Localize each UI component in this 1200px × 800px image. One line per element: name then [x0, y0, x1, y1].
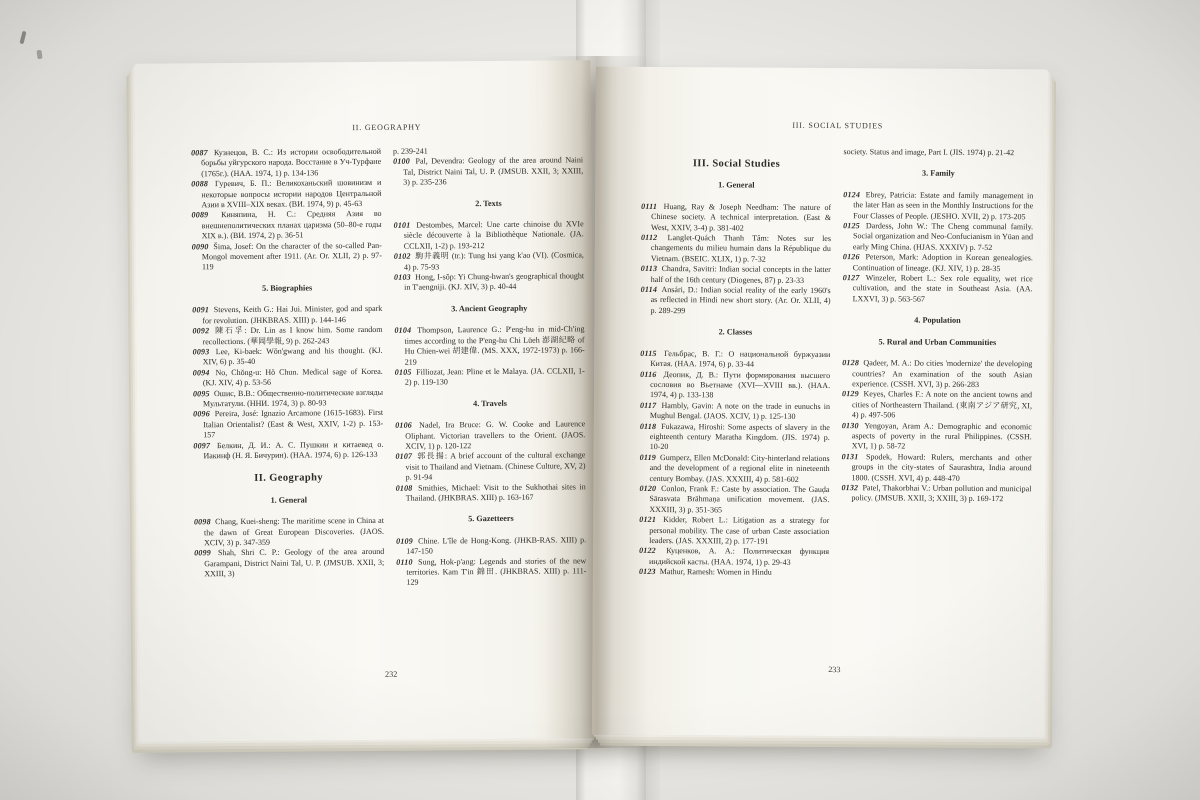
bibliography-entry: 0117 Hambly, Gavin: A note on the trade …	[640, 401, 830, 423]
entry-number: 0108	[396, 483, 415, 492]
entry-number: 0126	[843, 252, 862, 261]
entry-number: 0124	[843, 190, 862, 199]
bibliography-entry: 0097 Белкин, Д. И.: А. С. Пушкин и китае…	[193, 439, 383, 461]
entry-number: 0100	[393, 157, 412, 166]
bibliography-entry: 0093 Lee, Ki-baek: Wŏn'gwang and his tho…	[193, 346, 383, 368]
text-block: III. Social Studies1. General0111 Huang,…	[638, 146, 1033, 664]
section-heading: 2. Texts	[393, 198, 583, 210]
entry-number: 0121	[639, 515, 658, 524]
section-heading: II. Geography	[194, 473, 384, 485]
entry-number: 0095	[193, 389, 212, 398]
entry-number: 0097	[193, 441, 212, 450]
text-column: III. Social Studies1. General0111 Huang,…	[638, 146, 831, 663]
entry-number: 0093	[193, 347, 212, 356]
bibliography-entry: 0115 Гельбрас, В. Г.: О национальной бур…	[640, 349, 830, 371]
bibliography-entry: 0123 Mathur, Ramesh: Women in Hindu	[639, 567, 829, 579]
bibliography-entry: 0098 Chang, Kuei-sheng: The maritime sce…	[194, 516, 384, 549]
bibliography-entry: 0119 Gumperz, Ellen McDonald: City-hinte…	[639, 453, 829, 485]
bibliography-entry: 0125 Dardess, John W.: The Cheng communa…	[843, 221, 1033, 253]
entry-number: 0092	[192, 326, 211, 335]
section-heading: 5. Gazetteers	[396, 514, 586, 526]
entry-number: 0122	[639, 546, 658, 555]
entry-number: 0096	[193, 410, 212, 419]
bibliography-entry: 0118 Fukazawa, Hiroshi: Some aspects of …	[640, 421, 830, 453]
bibliography-entry: 0095 Ошис, В.В.: Общественно-политически…	[193, 387, 383, 409]
bibliography-entry: 0088 Гуревич, Б. П.: Великоханьский шови…	[191, 178, 381, 211]
bibliography-entry: 0120 Conlon, Frank F.: Caste by associat…	[639, 484, 829, 516]
entry-number: 0112	[641, 233, 659, 242]
bibliography-entry: 0090 Šima, Josef: On the character of th…	[192, 241, 382, 274]
bibliography-entry: 0121 Kidder, Robert L.: Litigation as a …	[639, 515, 829, 547]
section-heading: 3. Family	[843, 169, 1033, 181]
page-number: 232	[195, 668, 587, 680]
entry-number: 0103	[394, 273, 413, 282]
bibliography-entry: 0102 駒井義明 (tr.): Tung hsi yang k'ao (VI)…	[394, 251, 584, 273]
entry-number: 0101	[394, 221, 413, 230]
entry-number: 0110	[396, 557, 414, 566]
entry-number: 0125	[843, 221, 862, 230]
bibliography-entry: 0113 Chandra, Savitri: Indian social con…	[641, 264, 831, 286]
section-heading: 1. General	[641, 180, 831, 192]
entry-number: 0119	[640, 453, 658, 462]
bibliography-entry: 0101 Destombes, Marcel: Une carte chinoi…	[394, 219, 584, 252]
entry-number: 0102	[394, 252, 413, 261]
running-header: II. GEOGRAPHY	[191, 121, 583, 133]
bibliography-entry: 0104 Thompson, Laurence G.: P'eng-hu in …	[394, 325, 584, 368]
bibliography-entry: 0089 Киняпина, Н. С.: Средняя Азия во вн…	[192, 209, 382, 242]
entry-number: 0113	[641, 264, 659, 273]
bibliography-entry: 0112 Langlet-Quách Thanh Tâm: Notes sur …	[641, 233, 831, 265]
section-heading: 4. Travels	[395, 398, 585, 410]
bibliography-entry: 0092 陳石孚: Dr. Lin as I know him. Some ra…	[192, 325, 382, 347]
bibliography-entry: 0108 Smithies, Michael: Visit to the Suk…	[396, 482, 586, 504]
text-column: 0087 Кузнецов, В. С.: Из истории освобод…	[191, 147, 385, 664]
entry-number: 0109	[396, 536, 415, 545]
bibliography-entry: 0105 Filliozat, Jean: Pline et le Malaya…	[395, 366, 585, 388]
bibliography-entry: 0111 Huang, Ray & Joseph Needham: The na…	[641, 202, 831, 234]
entry-number: 0088	[191, 179, 210, 188]
entry-number: 0130	[842, 421, 861, 430]
entry-number: 0111	[641, 202, 659, 211]
bibliography-entry: 0096 Pereira, José: Ignazio Arcamone (16…	[193, 408, 383, 441]
page-number: 233	[638, 664, 1030, 675]
section-heading: 3. Ancient Geography	[394, 303, 584, 315]
entry-number: 0128	[842, 358, 861, 367]
entry-number: 0098	[194, 517, 213, 526]
entry-number: 0087	[191, 148, 210, 157]
entry-number: 0116	[640, 369, 658, 378]
entry-continuation: society. Status and image, Part I. (JIS.…	[843, 147, 1033, 159]
bibliography-entry: 0127 Winzeler, Robert L.: Sex role equal…	[843, 273, 1033, 305]
bibliography-entry: 0124 Ebrey, Patricia: Estate and family …	[843, 190, 1033, 222]
running-header: III. SOCIAL STUDIES	[642, 120, 1034, 131]
entry-number: 0132	[841, 483, 860, 492]
entry-number: 0120	[639, 484, 658, 493]
bibliography-entry: 0129 Keyes, Charles F.: A note on the an…	[842, 389, 1032, 421]
entry-number: 0105	[395, 368, 414, 377]
bibliography-entry: 0106 Nadel, Ira Bruce: G. W. Cooke and L…	[395, 419, 585, 452]
bibliography-entry: 0122 Куценков, А. А.: Политическая функц…	[639, 546, 829, 568]
section-heading: 1. General	[194, 495, 384, 507]
entry-number: 0129	[842, 389, 861, 398]
bibliography-entry: 0110 Sung, Hok-p'ang: Legends and storie…	[396, 556, 586, 589]
section-heading: 4. Population	[842, 315, 1032, 327]
bibliography-entry: 0103 Hong, I-sŏp: Yi Chung-hwan's geogra…	[394, 271, 584, 293]
bibliography-entry: 0126 Peterson, Mark: Adoption in Korean …	[843, 252, 1033, 274]
background-speck	[36, 50, 42, 60]
bibliography-entry: 0099 Shah, Shri C. P.: Geology of the ar…	[194, 547, 384, 580]
text-column: p. 239-2410100 Pal, Devendra: Geology of…	[393, 145, 587, 662]
entry-number: 0123	[639, 567, 658, 576]
bibliography-entry: 0091 Stevens, Keith G.: Hai Jui. Ministe…	[192, 304, 382, 326]
background-speck	[19, 31, 26, 45]
bibliography-entry: 0128 Qadeer, M. A.: Do cities 'modernize…	[842, 358, 1032, 390]
bibliography-entry: 0107 郭長揚: A brief account of the cultura…	[395, 451, 585, 484]
bibliography-entry: 0109 Chine. L'île de Hong-Kong. (JHKB-RA…	[396, 535, 586, 557]
left-page: II. GEOGRAPHY 0087 Кузнецов, В. С.: Из и…	[134, 60, 595, 742]
bibliography-entry: 0100 Pal, Devendra: Geology of the area …	[393, 156, 583, 189]
bibliography-entry: 0087 Кузнецов, В. С.: Из истории освобод…	[191, 147, 381, 180]
entry-number: 0118	[640, 421, 658, 430]
entry-number: 0131	[842, 452, 861, 461]
bibliography-entry: 0132 Patel, Thakorbhai V.: Urban polluti…	[841, 483, 1031, 505]
bibliography-entry: 0131 Spodek, Howard: Rulers, merchants a…	[842, 452, 1032, 484]
entry-number: 0115	[640, 349, 658, 358]
entry-number: 0106	[395, 421, 414, 430]
section-heading: III. Social Studies	[641, 159, 831, 171]
entry-number: 0107	[395, 452, 414, 461]
bibliography-entry: 0114 Ansári, D.: Indian social reality o…	[641, 285, 831, 317]
text-block: 0087 Кузнецов, В. С.: Из истории освобод…	[191, 145, 587, 664]
entry-number: 0104	[394, 326, 413, 335]
bibliography-entry: 0094 No, Chŏng-u: Hŏ Chun. Medical sage …	[193, 367, 383, 389]
section-heading: 2. Classes	[640, 327, 830, 339]
section-heading: 5. Rural and Urban Communities	[842, 337, 1032, 349]
entry-number: 0117	[640, 401, 658, 410]
bibliography-entry: 0130 Yengoyan, Aram A.: Demographic and …	[842, 421, 1032, 453]
entry-number: 0127	[843, 273, 862, 282]
entry-number: 0099	[194, 549, 213, 558]
entry-number: 0090	[192, 242, 211, 251]
entry-number: 0094	[193, 368, 212, 377]
entry-number: 0089	[192, 211, 211, 220]
entry-number: 0091	[192, 305, 211, 314]
section-heading: 5. Biographies	[192, 283, 382, 295]
entry-number: 0114	[641, 285, 659, 294]
bibliography-entry: 0116 Деопик, Д. В.: Пути формирования вы…	[640, 369, 830, 401]
text-column: society. Status and image, Part I. (JIS.…	[840, 147, 1033, 664]
right-page: III. SOCIAL STUDIES III. Social Studies1…	[592, 67, 1048, 738]
